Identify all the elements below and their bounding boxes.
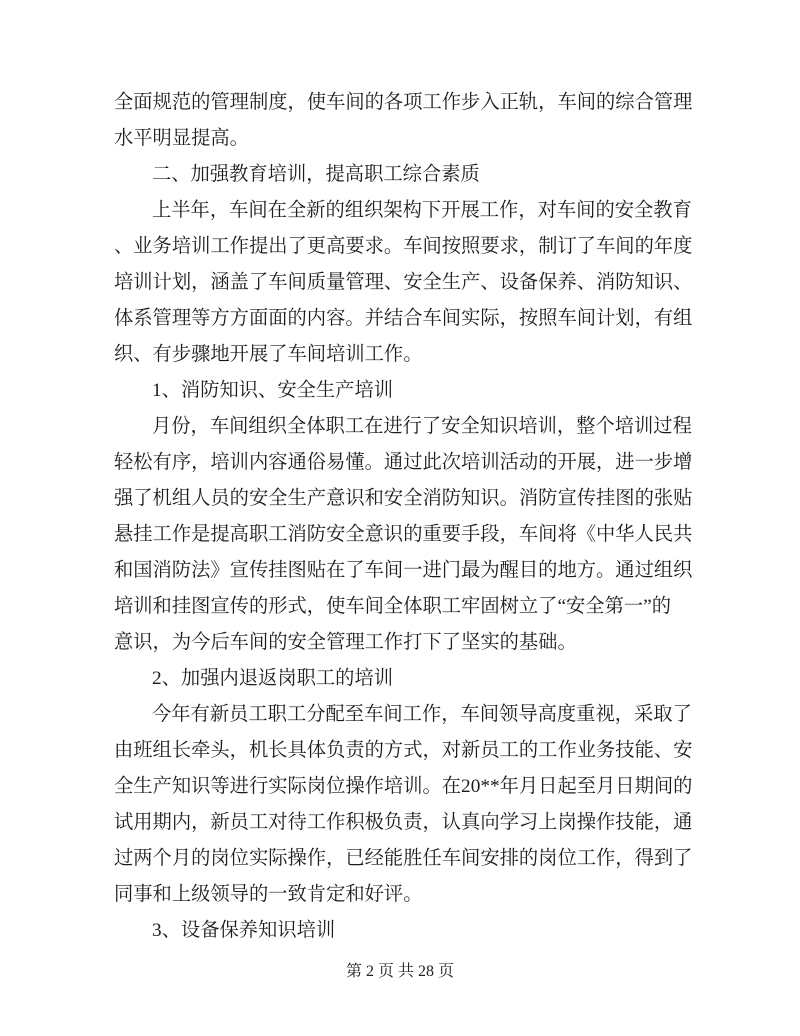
text-line: 由班组长牵头，机长具体负责的方式，对新员工的工作业务技能、安: [114, 733, 694, 769]
text-line: 和国消防法》宣传挂图贴在了车间一进门最为醒目的地方。通过组织: [114, 553, 694, 589]
text-line: 二、加强教育培训，提高职工综合素质: [114, 157, 694, 193]
document-body: 全面规范的管理制度，使车间的各项工作步入正轨，车间的综合管理 水平明显提高。 二…: [114, 85, 694, 949]
text-line: 1、消防知识、安全生产培训: [114, 373, 694, 409]
text-line: 水平明显提高。: [114, 121, 694, 157]
text-line: 今年有新员工职工分配至车间工作，车间领导高度重视，采取了: [114, 697, 694, 733]
text-line: 悬挂工作是提高职工消防安全意识的重要手段，车间将《中华人民共: [114, 517, 694, 553]
text-line: 意识，为今后车间的安全管理工作打下了坚实的基础。: [114, 625, 694, 661]
text-line: 轻松有序，培训内容通俗易懂。通过此次培训活动的开展，进一步增: [114, 445, 694, 481]
page-number-label: 第 2 页 共 28 页: [346, 963, 454, 980]
text-line: 3、设备保养知识培训: [114, 913, 694, 949]
text-line: 同事和上级领导的一致肯定和好评。: [114, 877, 694, 913]
text-line: 织、有步骤地开展了车间培训工作。: [114, 337, 694, 373]
text-line: 全生产知识等进行实际岗位操作培训。在20**年月日起至月日期间的: [114, 769, 694, 805]
text-line: 培训和挂图宣传的形式，使车间全体职工牢固树立了“安全第一”的: [114, 589, 694, 625]
text-line: 试用期内，新员工对待工作积极负责，认真向学习上岗操作技能，通: [114, 805, 694, 841]
text-line: 全面规范的管理制度，使车间的各项工作步入正轨，车间的综合管理: [114, 85, 694, 121]
document-page: 全面规范的管理制度，使车间的各项工作步入正轨，车间的综合管理 水平明显提高。 二…: [0, 0, 800, 1036]
text-line: 上半年，车间在全新的组织架构下开展工作，对车间的安全教育: [114, 193, 694, 229]
text-line: 体系管理等方方面面的内容。并结合车间实际，按照车间计划，有组: [114, 301, 694, 337]
text-line: 过两个月的岗位实际操作，已经能胜任车间安排的岗位工作，得到了: [114, 841, 694, 877]
text-line: 强了机组人员的安全生产意识和安全消防知识。消防宣传挂图的张贴: [114, 481, 694, 517]
text-line: 培训计划，涵盖了车间质量管理、安全生产、设备保养、消防知识、: [114, 265, 694, 301]
text-line: 月份，车间组织全体职工在进行了安全知识培训，整个培训过程: [114, 409, 694, 445]
text-line: 2、加强内退返岗职工的培训: [114, 661, 694, 697]
text-line: 、业务培训工作提出了更高要求。车间按照要求，制订了车间的年度: [114, 229, 694, 265]
page-footer: 第 2 页 共 28 页: [0, 962, 800, 982]
